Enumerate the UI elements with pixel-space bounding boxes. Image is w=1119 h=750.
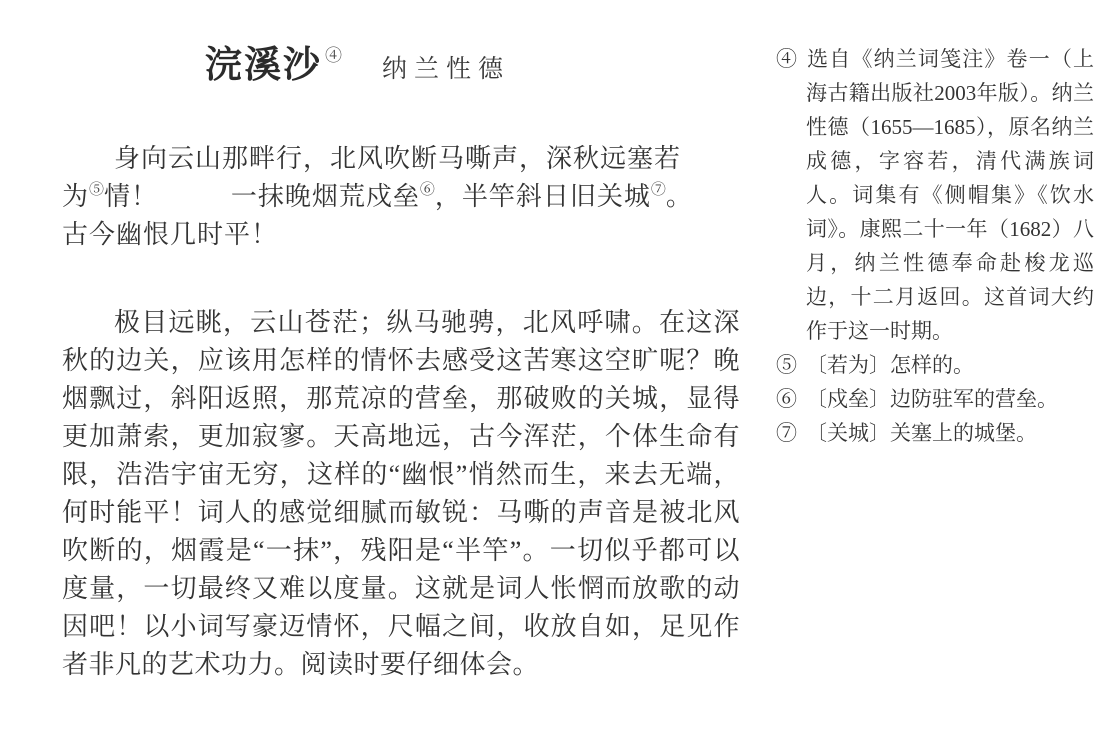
textbook-page: 浣溪沙④ 纳兰性德 身向云山那畔行，北风吹断马嘶声，深秋远塞若为⑤情！一抹晚烟荒… bbox=[0, 0, 1119, 750]
poem-segment: 。 bbox=[666, 182, 693, 211]
poem-line: 身向云山那畔行，北风吹断马嘶声，深秋远塞若 bbox=[62, 140, 740, 178]
poem-line: 为⑤情！一抹晚烟荒戍垒⑥，半竿斜日旧关城⑦。 bbox=[62, 178, 740, 216]
footnote-ref: ⑦ bbox=[651, 182, 666, 198]
poem-segment: 为 bbox=[62, 182, 89, 211]
footnote-ref: ⑥ bbox=[420, 182, 435, 198]
poem-text: 身向云山那畔行，北风吹断马嘶声，深秋远塞若为⑤情！一抹晚烟荒戍垒⑥，半竿斜日旧关… bbox=[62, 140, 740, 254]
poem-segment: 古今幽恨几时平！ bbox=[62, 220, 278, 249]
poem-line: 古今幽恨几时平！ bbox=[62, 216, 740, 254]
poem-author: 纳兰性德 bbox=[382, 56, 510, 83]
footnote-item: ④选自《纳兰词笺注》卷一（上海古籍出版社2003年版）。纳兰性德（1655—16… bbox=[776, 42, 1094, 348]
footnote-marker: ⑤ bbox=[776, 348, 806, 382]
main-column: 浣溪沙④ 纳兰性德 身向云山那畔行，北风吹断马嘶声，深秋远塞若为⑤情！一抹晚烟荒… bbox=[62, 0, 740, 710]
poem-title: 浣溪沙 bbox=[205, 45, 322, 86]
footnote-marker: ⑦ bbox=[776, 416, 806, 450]
footnote-marker: ④ bbox=[776, 42, 806, 76]
footnote-text: 〔关城〕关塞上的城堡。 bbox=[806, 421, 1037, 445]
footnote-text: 选自《纳兰词笺注》卷一（上海古籍出版社2003年版）。纳兰性德（1655—168… bbox=[806, 47, 1094, 343]
footnotes-sidebar: ④选自《纳兰词笺注》卷一（上海古籍出版社2003年版）。纳兰性德（1655—16… bbox=[776, 42, 1094, 450]
poem-segment: 情！ bbox=[104, 182, 158, 211]
title-footnote-ref: ④ bbox=[325, 46, 342, 65]
poem-title-row: 浣溪沙④ 纳兰性德 bbox=[62, 34, 740, 90]
footnote-item: ⑦〔关城〕关塞上的城堡。 bbox=[776, 416, 1094, 450]
poem-segment: 一抹晚烟荒戍垒 bbox=[231, 182, 420, 211]
poem-segment: ，半竿斜日旧关城 bbox=[435, 182, 651, 211]
footnote-text: 〔戍垒〕边防驻军的营垒。 bbox=[806, 387, 1058, 411]
analysis-paragraph: 极目远眺，云山苍茫；纵马驰骋，北风呼啸。在这深秋的边关，应该用怎样的情怀去感受这… bbox=[62, 304, 740, 684]
footnote-marker: ⑥ bbox=[776, 382, 806, 416]
footnote-item: ⑥〔戍垒〕边防驻军的营垒。 bbox=[776, 382, 1094, 416]
footnote-ref: ⑤ bbox=[89, 182, 104, 198]
poem-segment: 身向云山那畔行，北风吹断马嘶声，深秋远塞若 bbox=[114, 144, 681, 173]
footnote-item: ⑤〔若为〕怎样的。 bbox=[776, 348, 1094, 382]
footnote-text: 〔若为〕怎样的。 bbox=[806, 353, 974, 377]
